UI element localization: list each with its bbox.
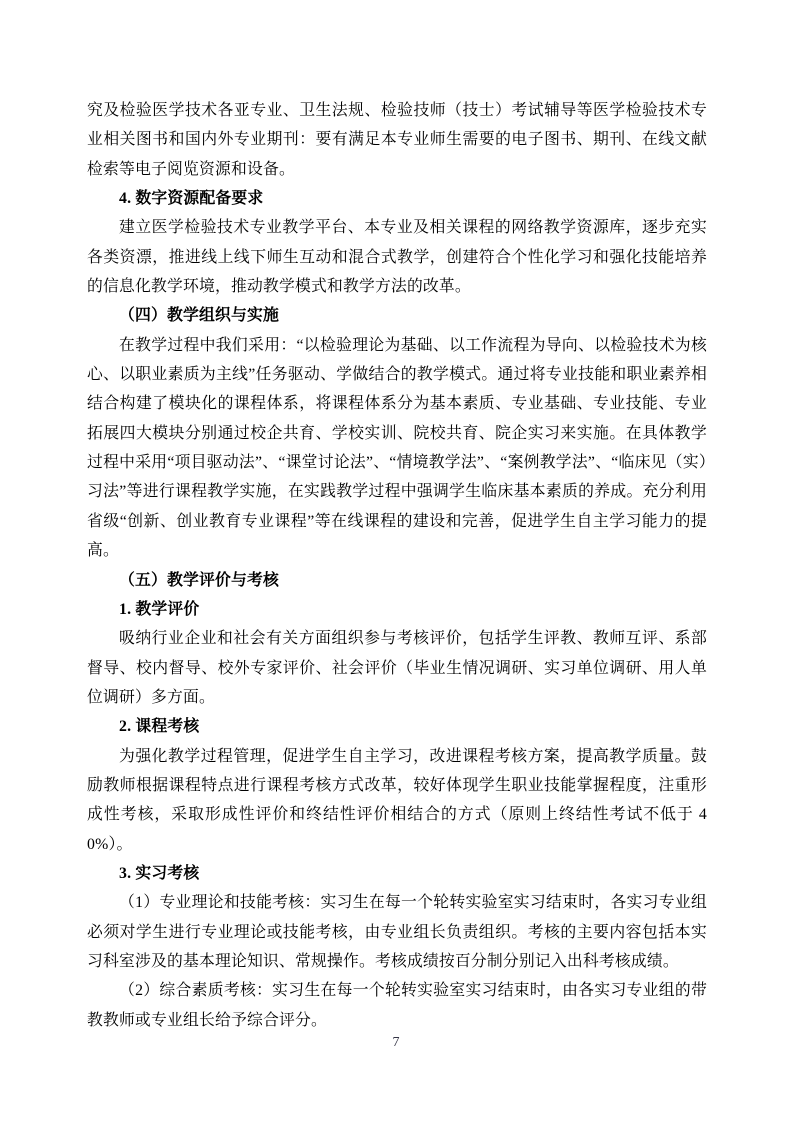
heading-teaching-evaluation-assessment: （五）教学评价与考核 bbox=[87, 566, 707, 595]
heading-course-assessment: 2. 课程考核 bbox=[87, 712, 707, 741]
heading-teaching-evaluation: 1. 教学评价 bbox=[87, 595, 707, 624]
paragraph-internship-theory-skill-assessment: （1）专业理论和技能考核：实习生在每一个轮转实验室实习结束时，各实习专业组必须对… bbox=[87, 888, 707, 976]
paragraph-teaching-organization-implementation: 在教学过程中我们采用：“以检验理论为基础、以工作流程为导向、以检验技术为核心、以… bbox=[87, 331, 707, 566]
document-content: 究及检验医学技术各亚专业、卫生法规、检验技师（技士）考试辅导等医学检验技术专业相… bbox=[87, 96, 707, 1035]
page-number: 7 bbox=[0, 1035, 792, 1051]
heading-teaching-organization-implementation: （四）教学组织与实施 bbox=[87, 301, 707, 330]
document-page: 究及检验医学技术各亚专业、卫生法规、检验技师（技士）考试辅导等医学检验技术专业相… bbox=[0, 0, 792, 1121]
heading-digital-resource-requirements: 4. 数字资源配备要求 bbox=[87, 184, 707, 213]
paragraph-digital-library-continuation: 究及检验医学技术各亚专业、卫生法规、检验技师（技士）考试辅导等医学检验技术专业相… bbox=[87, 96, 707, 184]
paragraph-teaching-evaluation: 吸纳行业企业和社会有关方面组织参与考核评价，包括学生评教、教师互评、系部督导、校… bbox=[87, 624, 707, 712]
paragraph-course-assessment: 为强化教学过程管理，促进学生自主学习，改进课程考核方案，提高教学质量。鼓励教师根… bbox=[87, 742, 707, 859]
heading-internship-assessment: 3. 实习考核 bbox=[87, 859, 707, 888]
paragraph-digital-resource-requirements: 建立医学检验技术专业教学平台、本专业及相关课程的网络教学资源库，逐步充实各类资漂… bbox=[87, 213, 707, 301]
paragraph-internship-comprehensive-quality-assessment: （2）综合素质考核：实习生在每一个轮转实验室实习结束时，由各实习专业组的带教教师… bbox=[87, 976, 707, 1035]
